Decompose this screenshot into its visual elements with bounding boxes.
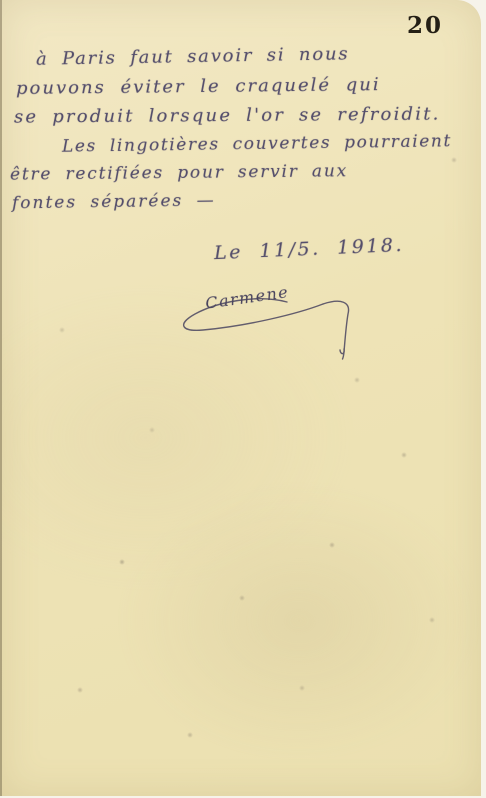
handwriting-line-1: à Paris faut savoir si nous <box>36 43 350 69</box>
handwriting-line-2: pouvons éviter le craquelé qui <box>16 74 381 99</box>
signature: Carmene <box>137 280 367 365</box>
page-number: 20 <box>407 12 443 39</box>
handwriting-line-4: Les lingotières couvertes pourraient <box>62 131 452 156</box>
paper-sheet: 20 à Paris faut savoir si nous pouvons é… <box>0 0 481 796</box>
handwriting-line-6: fontes séparées — <box>12 191 216 214</box>
date-line: Le 11/5. 1918. <box>214 234 405 264</box>
handwriting-line-5: être rectifiées pour servir aux <box>10 161 348 185</box>
handwriting-line-3: se produit lorsque l'or se refroidit. <box>14 104 441 128</box>
scanned-notebook-page: { "page": { "number": "20", "paper_color… <box>0 0 486 798</box>
